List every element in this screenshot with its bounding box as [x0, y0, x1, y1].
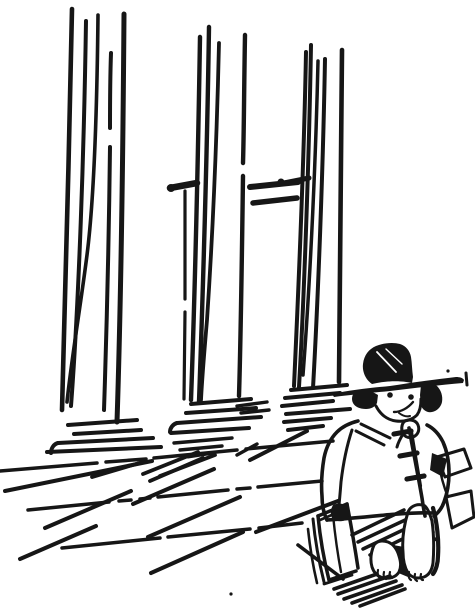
floor-horizontal-joints: [0, 441, 333, 548]
column-stroke: [239, 176, 243, 396]
left-base-stroke: [68, 420, 137, 425]
suitcase-left-edge: [318, 516, 329, 580]
coat-toggle: [400, 453, 417, 456]
floor-joint: [246, 441, 333, 449]
floor-diagonal: [151, 532, 243, 573]
floor-joint: [119, 500, 131, 501]
ear-dark: [420, 384, 442, 413]
floor-joint: [62, 538, 160, 548]
right-base-stroke: [237, 402, 267, 406]
hat-brim-tip: [466, 373, 467, 385]
coat-front-opening: [409, 428, 425, 516]
middle-base-stroke: [171, 428, 249, 433]
floor-diagonal: [20, 526, 96, 559]
jaw-outline: [376, 399, 421, 421]
middle-column-group: [191, 27, 245, 402]
middle-base-stroke: [177, 417, 261, 423]
middle-base-stroke: [180, 446, 222, 450]
middle-base-stroke: [174, 438, 232, 443]
mouth-stroke: [399, 413, 410, 416]
column-stroke: [104, 147, 110, 410]
floor-diagonal: [45, 491, 131, 528]
suitcase-face-stroke: [333, 515, 341, 572]
left-base-stroke: [47, 447, 161, 452]
right-base-stroke: [284, 418, 331, 422]
right-base-stroke: [285, 393, 340, 398]
signal-bracket-knob: [167, 184, 175, 192]
right-base-stroke: [288, 426, 323, 430]
floor-joint: [258, 481, 322, 487]
right-eye: [408, 394, 414, 400]
column-stroke: [117, 14, 124, 422]
suitcase: [298, 504, 358, 584]
column-stroke: [313, 59, 325, 388]
rail-bar: [253, 198, 297, 203]
column-stroke: [339, 50, 342, 382]
left-column-group: [62, 9, 124, 422]
paw-on-handle: [331, 504, 350, 522]
left-eye: [387, 392, 393, 398]
column-stroke: [243, 35, 245, 163]
column-shadow-hatch: [92, 452, 233, 596]
mouth-stroke: [394, 402, 413, 412]
floor-joint: [158, 490, 228, 497]
floor-joint: [0, 463, 97, 471]
rail-knob: [278, 179, 285, 186]
bear-at-station-drawing: [0, 0, 475, 609]
nose: [352, 390, 378, 409]
shadow-stroke: [92, 462, 143, 477]
middle-base-curl: [170, 423, 177, 432]
coat-toggle: [407, 476, 424, 479]
coat: [322, 421, 449, 521]
left-base-stroke: [58, 438, 153, 443]
column-stroke: [62, 9, 72, 410]
floor-joint: [237, 488, 250, 489]
column-stroke: [110, 53, 111, 128]
right-foot: [403, 505, 434, 578]
bear: [298, 343, 474, 606]
illustration-canvas: [0, 0, 475, 609]
floor-speck: [229, 592, 232, 595]
right-column-group: [294, 45, 342, 388]
column-stroke: [191, 37, 200, 400]
coat-arm-line: [338, 430, 352, 514]
left-base-stroke: [74, 430, 141, 434]
tag-lower-outline: [446, 491, 474, 528]
hat-brim-dot: [446, 369, 449, 372]
right-base-stroke: [286, 409, 350, 414]
signal-post: [184, 312, 185, 399]
right-base-stroke: [282, 401, 333, 406]
